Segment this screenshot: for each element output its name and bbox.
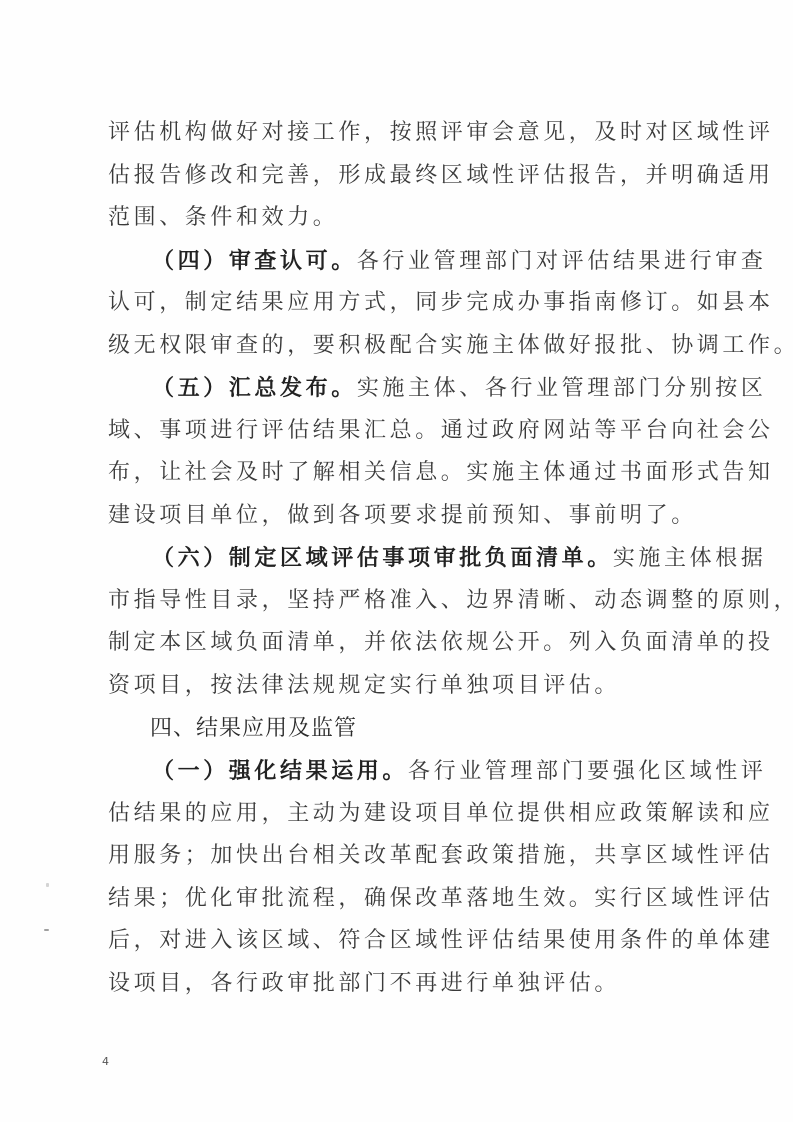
- paragraph-review-approval: （四）审查认可。各行业管理部门对评估结果进行审查 认可，制定结果应用方式，同步完…: [108, 240, 688, 368]
- scan-speck: [46, 883, 49, 887]
- paragraph-continuation: 评估机构做好对接工作，按照评审会意见，及时对区域性评 估报告修改和完善，形成最终…: [108, 112, 688, 240]
- paragraph-strengthen-results: （一）强化结果运用。各行业管理部门要强化区域性评 估结果的应用，主动为建设项目单…: [108, 750, 688, 1005]
- scan-speck: [44, 929, 49, 931]
- paragraph-summary-release: （五）汇总发布。实施主体、各行业管理部门分别按区 域、事项进行评估结果汇总。通过…: [108, 367, 688, 537]
- text-line: 结果；优化审批流程，确保改革落地生效。实行区域性评估: [108, 878, 688, 921]
- text-line: 域、事项进行评估结果汇总。通过政府网站等平台向社会公: [108, 410, 688, 453]
- text-line: （一）强化结果运用。各行业管理部门要强化区域性评: [108, 750, 688, 793]
- text-line: 市指导性目录，坚持严格准入、边界清晰、动态调整的原则，: [108, 580, 688, 623]
- text-line: 认可，制定结果应用方式，同步完成办事指南修订。如县本: [108, 282, 688, 325]
- item-heading: （五）汇总发布。: [152, 375, 357, 401]
- text-line: 制定本区域负面清单，并依法依规公开。列入负面清单的投: [108, 622, 688, 665]
- text-line: 资项目，按法律法规规定实行单独项目评估。: [108, 665, 688, 708]
- page-body: 评估机构做好对接工作，按照评审会意见，及时对区域性评 估报告修改和完善，形成最终…: [108, 112, 688, 1005]
- paragraph-negative-list: （六）制定区域评估事项审批负面清单。实施主体根据 市指导性目录，坚持严格准入、边…: [108, 537, 688, 707]
- text-line: （四）审查认可。各行业管理部门对评估结果进行审查: [108, 240, 688, 283]
- text-line: 后，对进入该区域、符合区域性评估结果使用条件的单体建: [108, 920, 688, 963]
- text-line: 设项目，各行政审批部门不再进行单独评估。: [108, 963, 688, 1006]
- item-text: 实施主体根据: [613, 546, 767, 571]
- item-heading: （四）审查认可。: [152, 248, 357, 274]
- text-line: （六）制定区域评估事项审批负面清单。实施主体根据: [108, 537, 688, 580]
- text-line: 用服务；加快出台相关改革配套政策措施，共享区域性评估: [108, 835, 688, 878]
- text-line: 估结果的应用，主动为建设项目单位提供相应政策解读和应: [108, 793, 688, 836]
- text-line: 范围、条件和效力。: [108, 197, 688, 240]
- page-number: 4: [102, 1055, 109, 1068]
- text-line: 布，让社会及时了解相关信息。实施主体通过书面形式告知: [108, 452, 688, 495]
- text-line: 级无权限审查的，要积极配合实施主体做好报批、协调工作。: [108, 325, 688, 368]
- item-heading: （六）制定区域评估事项审批负面清单。: [152, 545, 613, 571]
- section-heading: 四、结果应用及监管: [108, 707, 688, 750]
- document-page: 评估机构做好对接工作，按照评审会意见，及时对区域性评 估报告修改和完善，形成最终…: [0, 0, 793, 1122]
- item-text: 各行业管理部门要强化区域性评: [408, 759, 766, 784]
- item-text: 实施主体、各行业管理部门分别按区: [357, 376, 767, 401]
- text-line: 建设项目单位，做到各项要求提前预知、事前明了。: [108, 495, 688, 538]
- item-text: 各行业管理部门对评估结果进行审查: [357, 249, 767, 274]
- text-line: 评估机构做好对接工作，按照评审会意见，及时对区域性评: [108, 112, 688, 155]
- text-line: 估报告修改和完善，形成最终区域性评估报告，并明确适用: [108, 155, 688, 198]
- text-line: （五）汇总发布。实施主体、各行业管理部门分别按区: [108, 367, 688, 410]
- item-heading: （一）强化结果运用。: [152, 758, 408, 784]
